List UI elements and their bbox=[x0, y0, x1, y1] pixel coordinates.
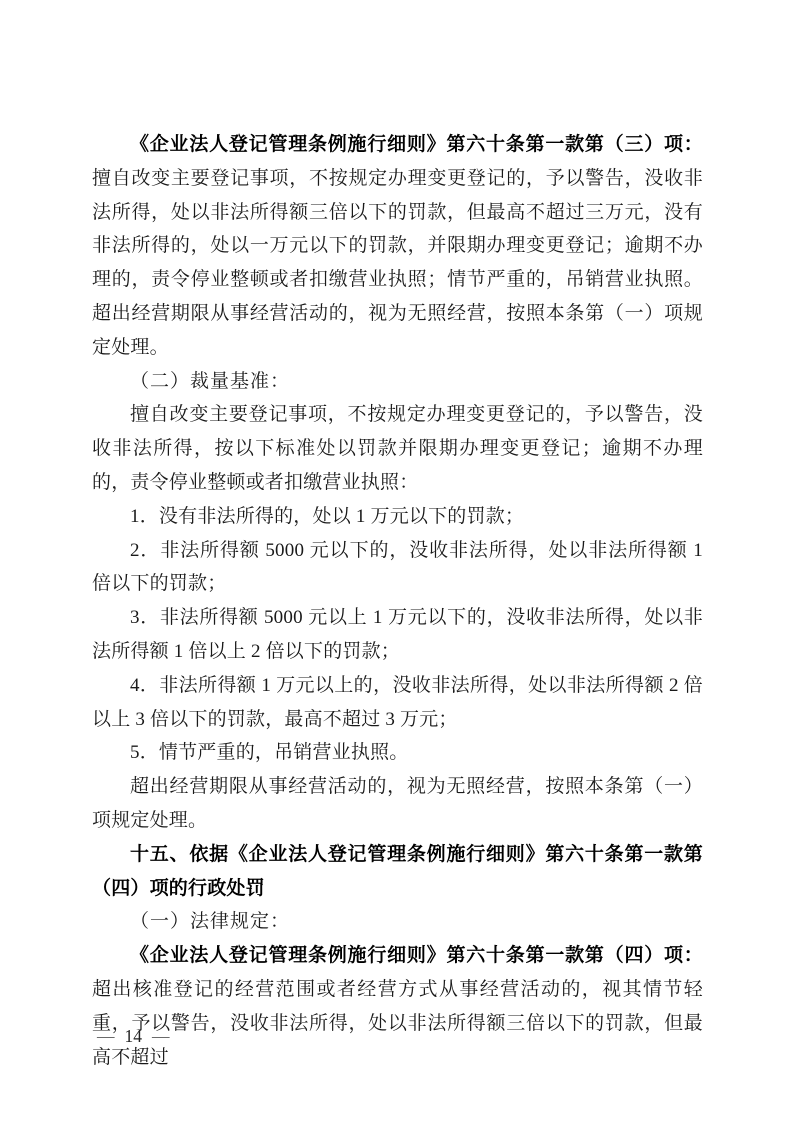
legal-citation-bold: 《企业法人登记管理条例施行细则》第六十条第一款第（三）项： bbox=[130, 134, 703, 155]
paragraph-legal-provision-item4: 《企业法人登记管理条例施行细则》第六十条第一款第（四）项：超出核准登记的经营范围… bbox=[92, 939, 703, 1074]
paragraph-discretion-intro: 擅自改变主要登记事项，不按规定办理变更登记的，予以警告，没收非法所得，按以下标准… bbox=[92, 398, 703, 499]
paragraph-text: 擅自改变主要登记事项，不按规定办理变更登记的，予以警告，没收非法所得，处以非法所… bbox=[92, 168, 703, 358]
subheading-legal-basis: （一）法律规定： bbox=[92, 905, 703, 939]
list-item-4: 4．非法所得额 1 万元以上的，没收非法所得，处以非法所得额 2 倍以上 3 倍… bbox=[92, 669, 703, 737]
subheading-discretion-standard: （二）裁量基准： bbox=[92, 365, 703, 399]
paragraph-legal-provision-item3: 《企业法人登记管理条例施行细则》第六十条第一款第（三）项：擅自改变主要登记事项，… bbox=[92, 128, 703, 365]
paragraph-beyond-term-operation: 超出经营期限从事经营活动的，视为无照经营，按照本条第（一）项规定处理。 bbox=[92, 770, 703, 838]
page-footer: —14— bbox=[93, 1026, 174, 1047]
page-number: 14 bbox=[119, 1026, 149, 1046]
footer-left-dash: — bbox=[93, 1026, 119, 1046]
paragraph-text: 超出核准登记的经营范围或者经营方式从事经营活动的，视其情节轻重，予以警告，没收非… bbox=[92, 979, 703, 1068]
list-item-5: 5．情节严重的，吊销营业执照。 bbox=[92, 736, 703, 770]
document-body: 《企业法人登记管理条例施行细则》第六十条第一款第（三）项：擅自改变主要登记事项，… bbox=[92, 128, 703, 1074]
section-heading-15: 十五、依据《企业法人登记管理条例施行细则》第六十条第一款第（四）项的行政处罚 bbox=[92, 838, 703, 906]
document-page: 《企业法人登记管理条例施行细则》第六十条第一款第（三）项：擅自改变主要登记事项，… bbox=[0, 0, 793, 1122]
footer-right-dash: — bbox=[148, 1026, 174, 1046]
legal-citation-bold: 《企业法人登记管理条例施行细则》第六十条第一款第（四）项： bbox=[130, 945, 703, 966]
list-item-1: 1．没有非法所得的，处以 1 万元以下的罚款； bbox=[92, 500, 703, 534]
list-item-2: 2．非法所得额 5000 元以下的，没收非法所得，处以非法所得额 1 倍以下的罚… bbox=[92, 534, 703, 602]
list-item-3: 3．非法所得额 5000 元以上 1 万元以下的，没收非法所得，处以非法所得额 … bbox=[92, 601, 703, 669]
